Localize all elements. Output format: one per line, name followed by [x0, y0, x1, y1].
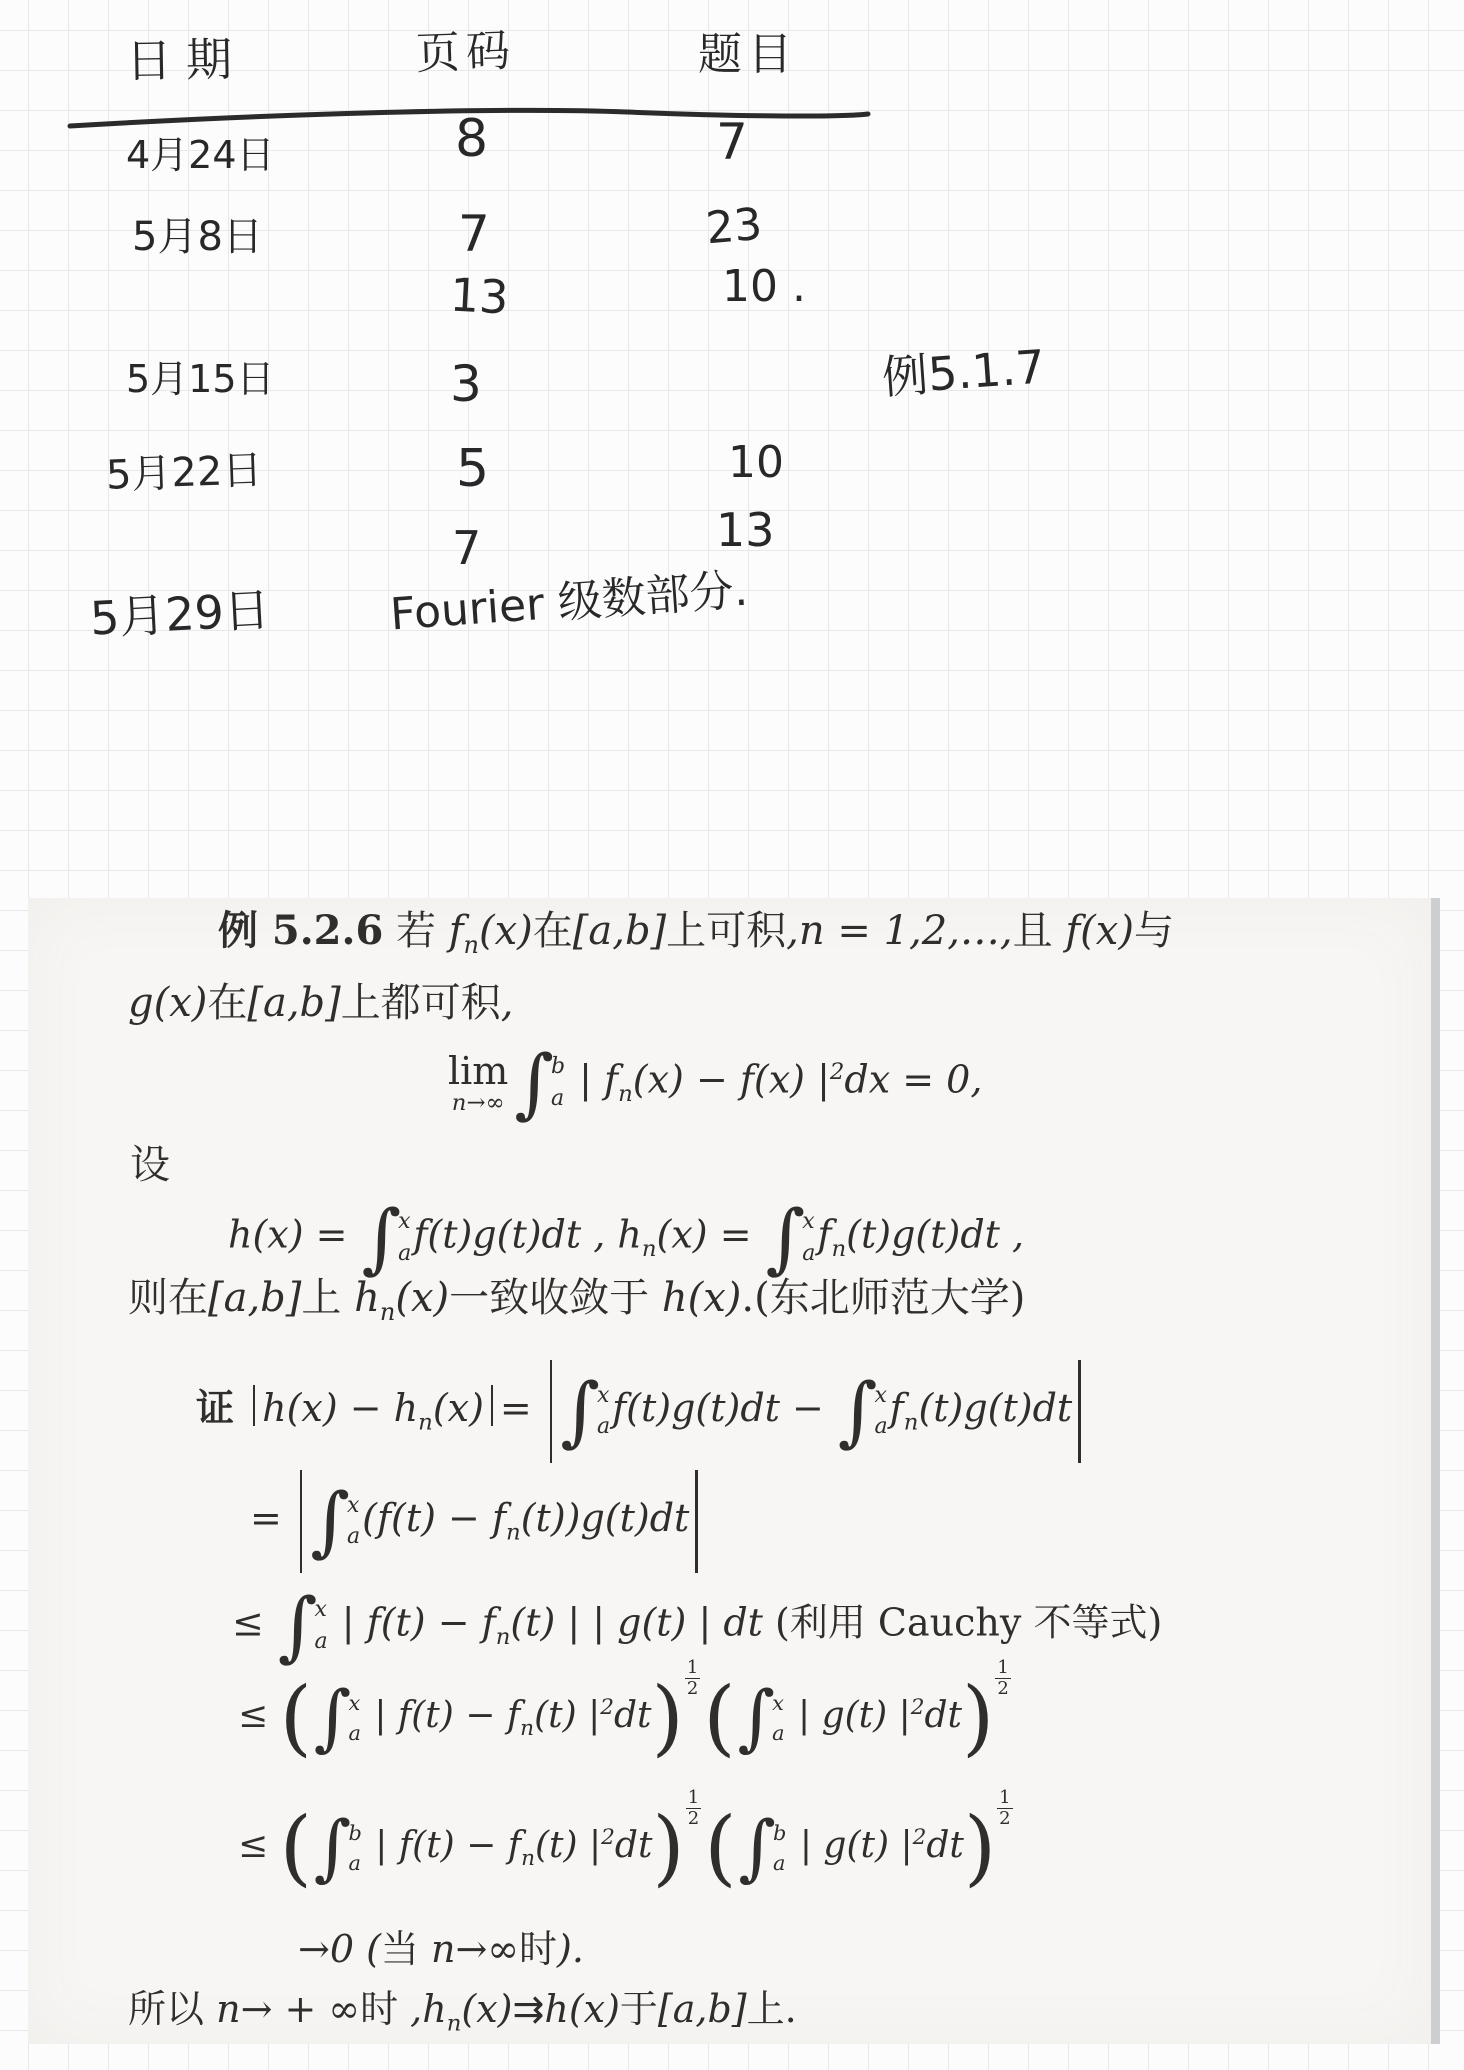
upper-limit: x: [315, 1596, 327, 1624]
note-entry-1-page-1: 13: [449, 271, 510, 322]
subscript: n: [496, 1624, 511, 1650]
formula-text: | f(t) − f: [330, 1600, 496, 1644]
lower-limit: a: [348, 1850, 360, 1876]
integral: ∫xa: [314, 1680, 361, 1756]
scan-area: 例 5.2.6 若 fn(x)在[a,b]上可积,n = 1,2,…,且 f(x…: [28, 898, 1440, 2044]
subscript: n: [520, 1716, 534, 1741]
note-entry-0-date: 4月24日: [126, 136, 275, 176]
formula-text: 上都可积: [341, 980, 501, 1026]
formula-text: h(x): [544, 1987, 620, 2031]
integral-limits: xa: [348, 1689, 360, 1747]
limit-top: lim: [448, 1052, 508, 1090]
formula-text: 设: [130, 1142, 170, 1188]
formula-text: h: [354, 1275, 380, 1321]
note-entry-2-page: 3: [450, 358, 482, 411]
textbook-line-4: 设: [130, 1140, 170, 1190]
textbook-line-3: limn→∞∫ba | fn(x) − f(x) |2dx = 0,: [448, 1043, 982, 1123]
formula-text: (x): [395, 1275, 449, 1321]
integral: ∫xa: [766, 1198, 816, 1278]
lower-limit: a: [315, 1628, 328, 1656]
note-entry-3-problem-0: 10: [728, 440, 784, 486]
formula-text: n→ + ∞: [216, 1987, 360, 2031]
integral-sign: ∫: [514, 1043, 554, 1123]
formula-text: 证: [196, 1385, 234, 1430]
lower-limit: a: [772, 1720, 784, 1746]
subscript: n: [447, 2011, 462, 2037]
exponent-fraction: 12: [685, 1658, 700, 1700]
formula-text: n→∞: [431, 1927, 519, 1971]
fraction-numerator: 1: [686, 1788, 701, 1810]
fraction-denominator: 2: [687, 1679, 698, 1700]
upper-limit: x: [802, 1208, 814, 1236]
integral: ∫xa: [738, 1680, 785, 1756]
formula-text: ⇉: [513, 1987, 545, 2031]
formula-text: (x): [433, 1386, 484, 1430]
integral-limits: xa: [597, 1381, 610, 1443]
subscript: n: [506, 1519, 521, 1545]
formula-text: [a,b]: [247, 980, 340, 1026]
integral: ∫ba: [514, 1043, 565, 1123]
formula-text: (x): [479, 908, 533, 954]
formula-text: ).: [557, 1927, 584, 1971]
integral: ∫ba: [314, 1810, 362, 1886]
formula-text: 当: [381, 1927, 431, 1971]
formula-text: f(x): [1065, 908, 1134, 954]
limit-bottom: n→∞: [452, 1092, 505, 1115]
superscript: 2: [913, 1825, 927, 1850]
formula-text: (t) |: [534, 1695, 600, 1736]
formula-text: →0 (: [298, 1927, 381, 1971]
big-paren: ): [652, 1669, 684, 1766]
upper-limit: b: [773, 1820, 786, 1846]
formula-text: 时: [519, 1927, 557, 1971]
formula-text: f: [449, 908, 464, 954]
formula-text: | g(t) |: [787, 1695, 911, 1736]
tall-abs-bar: [695, 1470, 698, 1573]
formula-text: 在: [533, 908, 573, 954]
big-paren: ): [964, 1799, 996, 1896]
formula-text: ≤: [232, 1600, 276, 1644]
note-entry-1-problem-0: 23: [704, 202, 764, 253]
upper-limit: x: [398, 1208, 410, 1236]
formula-text: 且: [1013, 908, 1066, 954]
column-header-problem: 题目: [698, 32, 798, 78]
tall-abs-bar: [300, 1470, 303, 1573]
lower-limit: a: [348, 1720, 360, 1746]
integral-sign: ∫: [314, 1680, 352, 1756]
integral-sign: ∫: [362, 1198, 402, 1278]
note-entry-4-topic: Fourier 级数部分.: [389, 568, 749, 639]
formula-text: (t))g(t)dt: [521, 1496, 690, 1540]
formula-text: =: [500, 1386, 544, 1430]
integral: ∫ba: [739, 1810, 787, 1886]
textbook-line-10: ≤ (∫xa | f(t) − fn(t) |2dt)12(∫xa | g(t)…: [238, 1680, 1014, 1756]
formula-text: h(x) − h: [262, 1386, 418, 1430]
abs-bar: [253, 1385, 255, 1427]
lower-limit: a: [802, 1240, 815, 1268]
formula-text: (x) − f(x) |: [633, 1057, 830, 1101]
integral-sign: ∫: [310, 1481, 350, 1561]
formula-text: 上: [301, 1275, 354, 1321]
note-entry-2-problem: 例5.1.7: [881, 342, 1047, 402]
integral-sign: ∫: [766, 1198, 806, 1278]
formula-text: | f: [567, 1057, 618, 1101]
big-paren: (: [280, 1669, 312, 1766]
formula-text: | g(t) |: [788, 1825, 912, 1866]
fraction-numerator: 1: [685, 1658, 700, 1680]
formula-text: ): [1010, 1275, 1026, 1321]
superscript: 2: [911, 1695, 925, 1720]
note-entry-2-date: 5月15日: [126, 360, 275, 400]
formula-text: [a,b]: [573, 908, 666, 954]
formula-text: 在: [207, 980, 247, 1026]
formula-text: f(t)g(t)dt , h: [413, 1212, 642, 1256]
big-paren: (: [703, 1669, 735, 1766]
formula-text: 东北师范大学: [770, 1275, 1010, 1321]
superscript: 2: [830, 1059, 845, 1085]
textbook-line-13: 所以 n→ + ∞时 ,hn(x)⇉h(x)于[a,b]上.: [128, 1986, 797, 2038]
textbook-line-1: 例 5.2.6 若 fn(x)在[a,b]上可积,n = 1,2,…,且 f(x…: [218, 906, 1174, 960]
integral-sign: ∫: [560, 1371, 600, 1451]
formula-text: 若: [383, 908, 448, 954]
note-entry-3-page-0: 5: [456, 442, 489, 497]
formula-text: 所以: [128, 1987, 216, 2031]
subscript: n: [904, 1409, 919, 1435]
formula-text: .(: [741, 1275, 769, 1321]
big-paren: ): [652, 1799, 684, 1896]
integral-limits: ba: [773, 1819, 786, 1877]
fraction-numerator: 1: [995, 1658, 1010, 1680]
formula-text: h(x) =: [228, 1212, 360, 1256]
formula-text: ,n = 1,2,…,: [786, 908, 1012, 954]
integral: ∫xa: [278, 1586, 328, 1666]
fraction-numerator: 1: [997, 1788, 1012, 1810]
formula-text: (t) | | g(t) | dt: [510, 1600, 763, 1644]
formula-text: dx = 0,: [844, 1057, 982, 1101]
textbook-line-7: 证 h(x) − hn(x)= ∫xaf(t)g(t)dt − ∫xafn(t)…: [196, 1360, 1087, 1463]
integral-limits: xa: [315, 1595, 328, 1657]
formula-text: dt: [926, 1825, 964, 1866]
formula-text: f(t)g(t)dt −: [612, 1386, 836, 1430]
subscript: n: [618, 1081, 633, 1107]
note-entry-0-page: 8: [455, 112, 488, 167]
integral-sign: ∫: [314, 1810, 352, 1886]
note-entry-1-date: 5月8日: [132, 216, 263, 258]
note-entry-3-date: 5月22日: [105, 449, 263, 496]
upper-limit: x: [348, 1690, 360, 1716]
formula-text: 一致收敛于: [449, 1275, 662, 1321]
lower-limit: a: [773, 1850, 785, 1876]
formula-text: 则在: [128, 1275, 208, 1321]
integral-limits: xa: [398, 1207, 411, 1269]
fraction-denominator: 2: [997, 1679, 1008, 1700]
lower-limit: a: [875, 1413, 888, 1441]
upper-limit: x: [772, 1690, 784, 1716]
formula-text: 与: [1134, 908, 1174, 954]
subscript: n: [831, 1236, 846, 1262]
formula-text: =: [250, 1496, 294, 1540]
lower-limit: a: [597, 1413, 610, 1441]
lower-limit: a: [551, 1085, 564, 1113]
formula-text: [a,b]: [208, 1275, 301, 1321]
formula-text: dt: [615, 1825, 653, 1866]
superscript: 2: [601, 1825, 615, 1850]
upper-limit: x: [597, 1382, 609, 1410]
formula-text: dt: [925, 1695, 963, 1736]
exponent-fraction: 12: [997, 1788, 1012, 1830]
textbook-line-8: = ∫xa(f(t) − fn(t))g(t)dt: [250, 1470, 704, 1573]
big-paren: (: [704, 1799, 736, 1896]
integral-limits: ba: [551, 1052, 565, 1114]
integral-limits: ba: [348, 1819, 361, 1877]
formula-text: g(x): [128, 980, 207, 1026]
textbook-line-11: ≤ (∫ba | f(t) − fn(t) |2dt)12(∫ba | g(t)…: [238, 1810, 1016, 1886]
formula-text: (t)g(t)dt: [918, 1386, 1072, 1430]
upper-limit: b: [551, 1053, 565, 1081]
textbook-line-6: 则在[a,b]上 hn(x)一致收敛于 h(x).(东北师范大学): [128, 1273, 1025, 1327]
lower-limit: a: [347, 1523, 360, 1551]
note-entry-3-problem-1: 13: [716, 506, 775, 554]
upper-limit: x: [875, 1382, 887, 1410]
exponent-fraction: 12: [686, 1788, 701, 1830]
big-paren: ): [962, 1669, 994, 1766]
formula-text: (利用 Cauchy 不等式): [763, 1600, 1162, 1644]
formula-text: 于: [620, 1987, 658, 2031]
integral: ∫xa: [560, 1371, 610, 1451]
fraction-denominator: 2: [688, 1809, 699, 1830]
formula-text: ≤: [238, 1695, 280, 1736]
note-entry-1-problem-1: 10 .: [722, 264, 806, 310]
page: { "notes": { "headers": { "date": "日期", …: [0, 0, 1464, 2070]
textbook-line-12: →0 (当 n→∞时).: [298, 1926, 584, 1974]
subscript: n: [464, 931, 479, 959]
formula-text: ≤: [238, 1825, 280, 1866]
textbook-line-5: h(x) = ∫xaf(t)g(t)dt , hn(x) = ∫xafn(t)g…: [228, 1198, 1024, 1278]
upper-limit: x: [347, 1492, 359, 1520]
exponent-fraction: 12: [995, 1658, 1010, 1700]
formula-text: ,h: [398, 1987, 447, 2031]
tall-abs-bar: [1078, 1360, 1081, 1463]
integral-limits: xa: [802, 1207, 815, 1269]
big-paren: (: [280, 1799, 312, 1896]
formula-text: dt: [614, 1695, 652, 1736]
abs-bar: [491, 1385, 493, 1427]
integral-limits: xa: [875, 1381, 888, 1443]
integral-limits: xa: [347, 1491, 360, 1553]
integral-limits: xa: [772, 1689, 784, 1747]
formula-text: [234, 1386, 246, 1430]
formula-text: h(x): [662, 1275, 742, 1321]
superscript: 2: [600, 1695, 614, 1720]
limit-operator: limn→∞: [448, 1052, 508, 1115]
integral: ∫xa: [362, 1198, 412, 1278]
formula-text: (x) =: [657, 1212, 764, 1256]
integral: ∫xa: [310, 1481, 360, 1561]
fraction-denominator: 2: [999, 1809, 1010, 1830]
column-header-date: 日期: [126, 35, 247, 85]
formula-text: (f(t) − f: [362, 1496, 506, 1540]
textbook-line-9: ≤ ∫xa | f(t) − fn(t) | | g(t) | dt (利用 C…: [232, 1586, 1162, 1666]
formula-text: | f(t) − f: [363, 1695, 520, 1736]
formula-text: [a,b]: [658, 1987, 747, 2031]
formula-text: 上.: [747, 1987, 797, 2031]
formula-text: 上可积: [666, 908, 786, 954]
subscript: n: [380, 1298, 395, 1326]
note-entry-3-page-1: 7: [452, 524, 481, 572]
integral-sign: ∫: [838, 1371, 878, 1451]
note-entry-4-date: 5月29日: [89, 585, 271, 643]
formula-text: f: [890, 1386, 904, 1430]
subscript: n: [521, 1846, 535, 1871]
upper-limit: b: [348, 1820, 361, 1846]
tall-abs-bar: [550, 1360, 553, 1463]
note-entry-0-problem: 7: [716, 116, 748, 169]
formula-text: | f(t) − f: [364, 1825, 521, 1866]
integral: ∫xa: [838, 1371, 888, 1451]
textbook-line-2: g(x)在[a,b]上都可积,: [128, 978, 513, 1028]
subscript: n: [418, 1409, 433, 1435]
formula-text: (t) |: [535, 1825, 601, 1866]
subscript: n: [642, 1236, 657, 1262]
lower-limit: a: [398, 1240, 411, 1268]
formula-text: ,: [501, 980, 514, 1026]
formula-text: 例 5.2.6: [218, 907, 383, 954]
note-entry-1-page-0: 7: [458, 208, 490, 261]
integral-sign: ∫: [738, 1680, 776, 1756]
formula-text: 时: [360, 1987, 398, 2031]
formula-text: f: [817, 1212, 831, 1256]
integral-sign: ∫: [278, 1586, 318, 1666]
column-header-page: 页码: [415, 28, 517, 78]
integral-sign: ∫: [739, 1810, 777, 1886]
formula-text: (t)g(t)dt ,: [846, 1212, 1024, 1256]
formula-text: (x): [461, 1987, 512, 2031]
